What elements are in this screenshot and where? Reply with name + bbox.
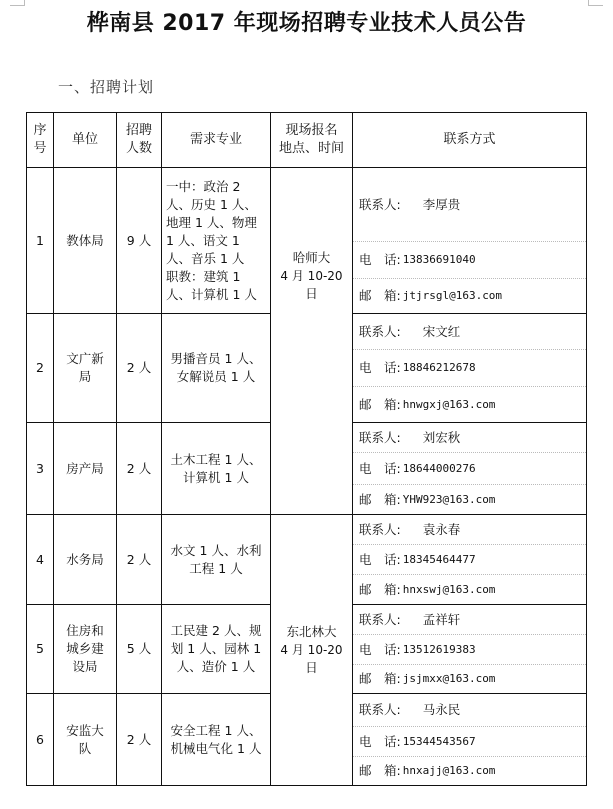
email-address[interactable]: hnwgxj@163.com [403,396,496,414]
contact-person: 孟祥轩 [423,611,461,629]
contact-person: 宋文红 [423,323,461,341]
row-unit: 文广新局 [54,314,117,423]
email-address[interactable]: YHW923@163.com [403,491,496,509]
row-count: 9 人 [117,168,162,314]
email-address[interactable]: jtjrsgl@163.com [403,287,502,305]
header-major: 需求专业 [162,113,271,168]
phone-number: 13836691040 [403,251,476,269]
table-header-row: 序号 单位 招聘人数 需求专业 现场报名地点、时间 联系方式 [27,113,587,168]
header-no: 序号 [27,113,54,168]
phone-label: 电 话: [359,460,401,478]
venue-day: 日 [271,285,352,453]
venue-day: 日 [271,659,352,677]
document-title: 桦南县 2017 年现场招聘专业技术人员公告 [0,6,613,37]
email-label: 邮 箱: [359,581,401,599]
contact-cell: 联系人:孟祥轩 电 话:13512619383 邮 箱:jsjmxx@163.c… [353,605,587,694]
contact-person-label: 联系人: [359,521,401,539]
venue-date: 4 月 10-20 [271,641,352,659]
row-no: 4 [27,515,54,605]
phone-label: 电 话: [359,641,401,659]
email-label: 邮 箱: [359,491,401,509]
contact-person: 袁永春 [423,521,461,539]
phone-label: 电 话: [359,733,401,751]
contact-person-label: 联系人: [359,196,401,214]
row-unit: 住房和城乡建设局 [54,605,117,694]
row-no: 2 [27,314,54,423]
email-address[interactable]: hnxajj@163.com [403,762,496,780]
row-unit: 安监大队 [54,694,117,786]
recruitment-plan-table: 序号 单位 招聘人数 需求专业 现场报名地点、时间 联系方式 1 教体局 9 人… [26,112,587,786]
header-count: 招聘人数 [117,113,162,168]
table-row: 1 教体局 9 人 一中：政治 2 人、历史 1 人、地理 1 人、物理 1 人… [27,168,587,314]
row-major: 男播音员 1 人、女解说员 1 人 [162,314,271,423]
row-major: 水文 1 人、水利工程 1 人 [162,515,271,605]
row-no: 6 [27,694,54,786]
row-count: 2 人 [117,515,162,605]
phone-number: 18846212678 [403,359,476,377]
email-label: 邮 箱: [359,762,401,780]
contact-person: 马永民 [423,701,461,719]
venue-name: 哈师大 [271,229,352,267]
contact-cell: 联系人:宋文红 电 话:18846212678 邮 箱:hnwgxj@163.c… [353,314,587,423]
row-unit: 水务局 [54,515,117,605]
phone-label: 电 话: [359,359,401,377]
contact-person-label: 联系人: [359,429,401,447]
email-address[interactable]: jsjmxx@163.com [403,670,496,688]
row-count: 5 人 [117,605,162,694]
phone-number: 15344543567 [403,733,476,751]
row-major: 安全工程 1 人、机械电气化 1 人 [162,694,271,786]
table-row: 4 水务局 2 人 水文 1 人、水利工程 1 人 东北林大 4 月 10-20… [27,515,587,605]
contact-person-label: 联系人: [359,323,401,341]
header-contact: 联系方式 [353,113,587,168]
contact-person-label: 联系人: [359,611,401,629]
phone-label: 电 话: [359,551,401,569]
email-label: 邮 箱: [359,287,401,305]
phone-number: 13512619383 [403,641,476,659]
row-major: 一中：政治 2 人、历史 1 人、地理 1 人、物理 1 人、语文 1 人、音乐… [162,168,271,314]
row-count: 2 人 [117,314,162,423]
venue-name: 东北林大 [271,623,352,641]
row-no: 1 [27,168,54,314]
contact-cell: 联系人:刘宏秋 电 话:18644000276 邮 箱:YHW923@163.c… [353,423,587,515]
email-address[interactable]: hnxswj@163.com [403,581,496,599]
phone-number: 18644000276 [403,460,476,478]
row-no: 5 [27,605,54,694]
email-label: 邮 箱: [359,396,401,414]
row-unit: 教体局 [54,168,117,314]
row-count: 2 人 [117,423,162,515]
phone-number: 18345464477 [403,551,476,569]
contact-person: 李厚贵 [423,196,461,214]
section-heading: 一、招聘计划 [58,76,154,97]
row-no: 3 [27,423,54,515]
contact-cell: 联系人:李厚贵 电 话:13836691040 邮 箱:jtjrsgl@163.… [353,168,587,314]
row-major: 工民建 2 人、规划 1 人、园林 1 人、造价 1 人 [162,605,271,694]
header-place-time: 现场报名地点、时间 [271,113,353,168]
row-unit: 房产局 [54,423,117,515]
row-major: 土木工程 1 人、计算机 1 人 [162,423,271,515]
contact-person-label: 联系人: [359,701,401,719]
venue-date: 4 月 10-20 [271,267,352,285]
phone-label: 电 话: [359,251,401,269]
contact-person: 刘宏秋 [423,429,461,447]
row-count: 2 人 [117,694,162,786]
venue-cell: 哈师大 4 月 10-20 日 [271,168,353,515]
header-unit: 单位 [54,113,117,168]
email-label: 邮 箱: [359,670,401,688]
contact-cell: 联系人:袁永春 电 话:18345464477 邮 箱:hnxswj@163.c… [353,515,587,605]
contact-cell: 联系人:马永民 电 话:15344543567 邮 箱:hnxajj@163.c… [353,694,587,786]
venue-cell: 东北林大 4 月 10-20 日 [271,515,353,786]
